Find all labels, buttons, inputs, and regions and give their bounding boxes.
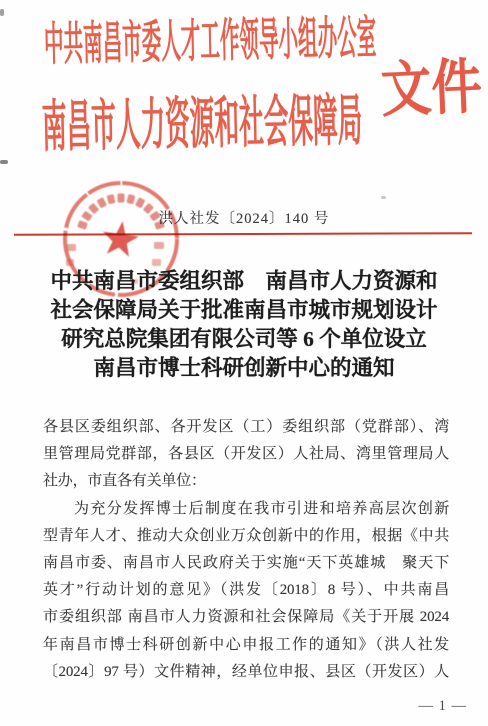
body-line: 南昌市委、南昌市人民政府关于实施“天下英雄城 聚天下 — [43, 550, 449, 577]
scan-speck — [381, 196, 386, 199]
body-line: 英才”行动计划的意见》（洪发〔2018〕8 号）、中共南昌 — [43, 577, 449, 604]
body-line: 里管理局党群部，各县区（开发区）人社局、湾里管理局人 — [43, 441, 449, 468]
issuing-org-line2: 南昌市人力资源和社会保障局 — [41, 92, 362, 157]
issuing-org-line1: 中共南昌市委人才工作领导小组办公室 — [43, 14, 376, 69]
body-line: 各县区委组织部、各开发区（工）委组织部（党群部）、湾 — [43, 414, 449, 441]
title-line-3: 研究总院集团有限公司等 6 个单位设立 — [20, 325, 468, 354]
scan-speck — [0, 9, 4, 16]
title-line-1: 中共南昌市委组织部 南昌市人力资源和 — [20, 267, 468, 296]
body-line: 为充分发挥博士后制度在我市引进和培养高层次创新 — [43, 496, 449, 523]
body-line: 〔2024〕97 号）文件精神，经单位申报、县区（开发区）人 — [43, 659, 449, 686]
document-title: 中共南昌市委组织部 南昌市人力资源和 社会保障局关于批准南昌市城市规划设计 研究… — [20, 267, 468, 383]
body-line: 社办，市直各有关单位： — [43, 468, 449, 495]
seal-star-icon — [100, 219, 141, 258]
document-body: 各县区委组织部、各开发区（工）委组织部（党群部）、湾 里管理局党群部，各县区（开… — [43, 414, 449, 686]
title-line-4: 南昌市博士科研创新中心的通知 — [20, 354, 468, 383]
page-number: — 1 — — [419, 698, 468, 715]
seal-arc-text-marks — [77, 194, 165, 230]
title-line-2: 社会保障局关于批准南昌市城市规划设计 — [20, 296, 468, 325]
doc-type-label: 文件 — [380, 56, 483, 122]
body-line: 型青年人才、推动大众创业万众创新中的作用，根据《中共 — [43, 523, 449, 550]
body-line: 年南昌市博士科研创新中心申报工作的通知》（洪人社发 — [43, 632, 449, 659]
body-line: 市委组织部 南昌市人力资源和社会保障局《关于开展 2024 — [43, 604, 449, 631]
scan-speck — [0, 160, 8, 164]
scanned-document-page: 中共南昌市委人才工作领导小组办公室 南昌市人力资源和社会保障局 文件 洪人社发〔… — [0, 0, 488, 726]
